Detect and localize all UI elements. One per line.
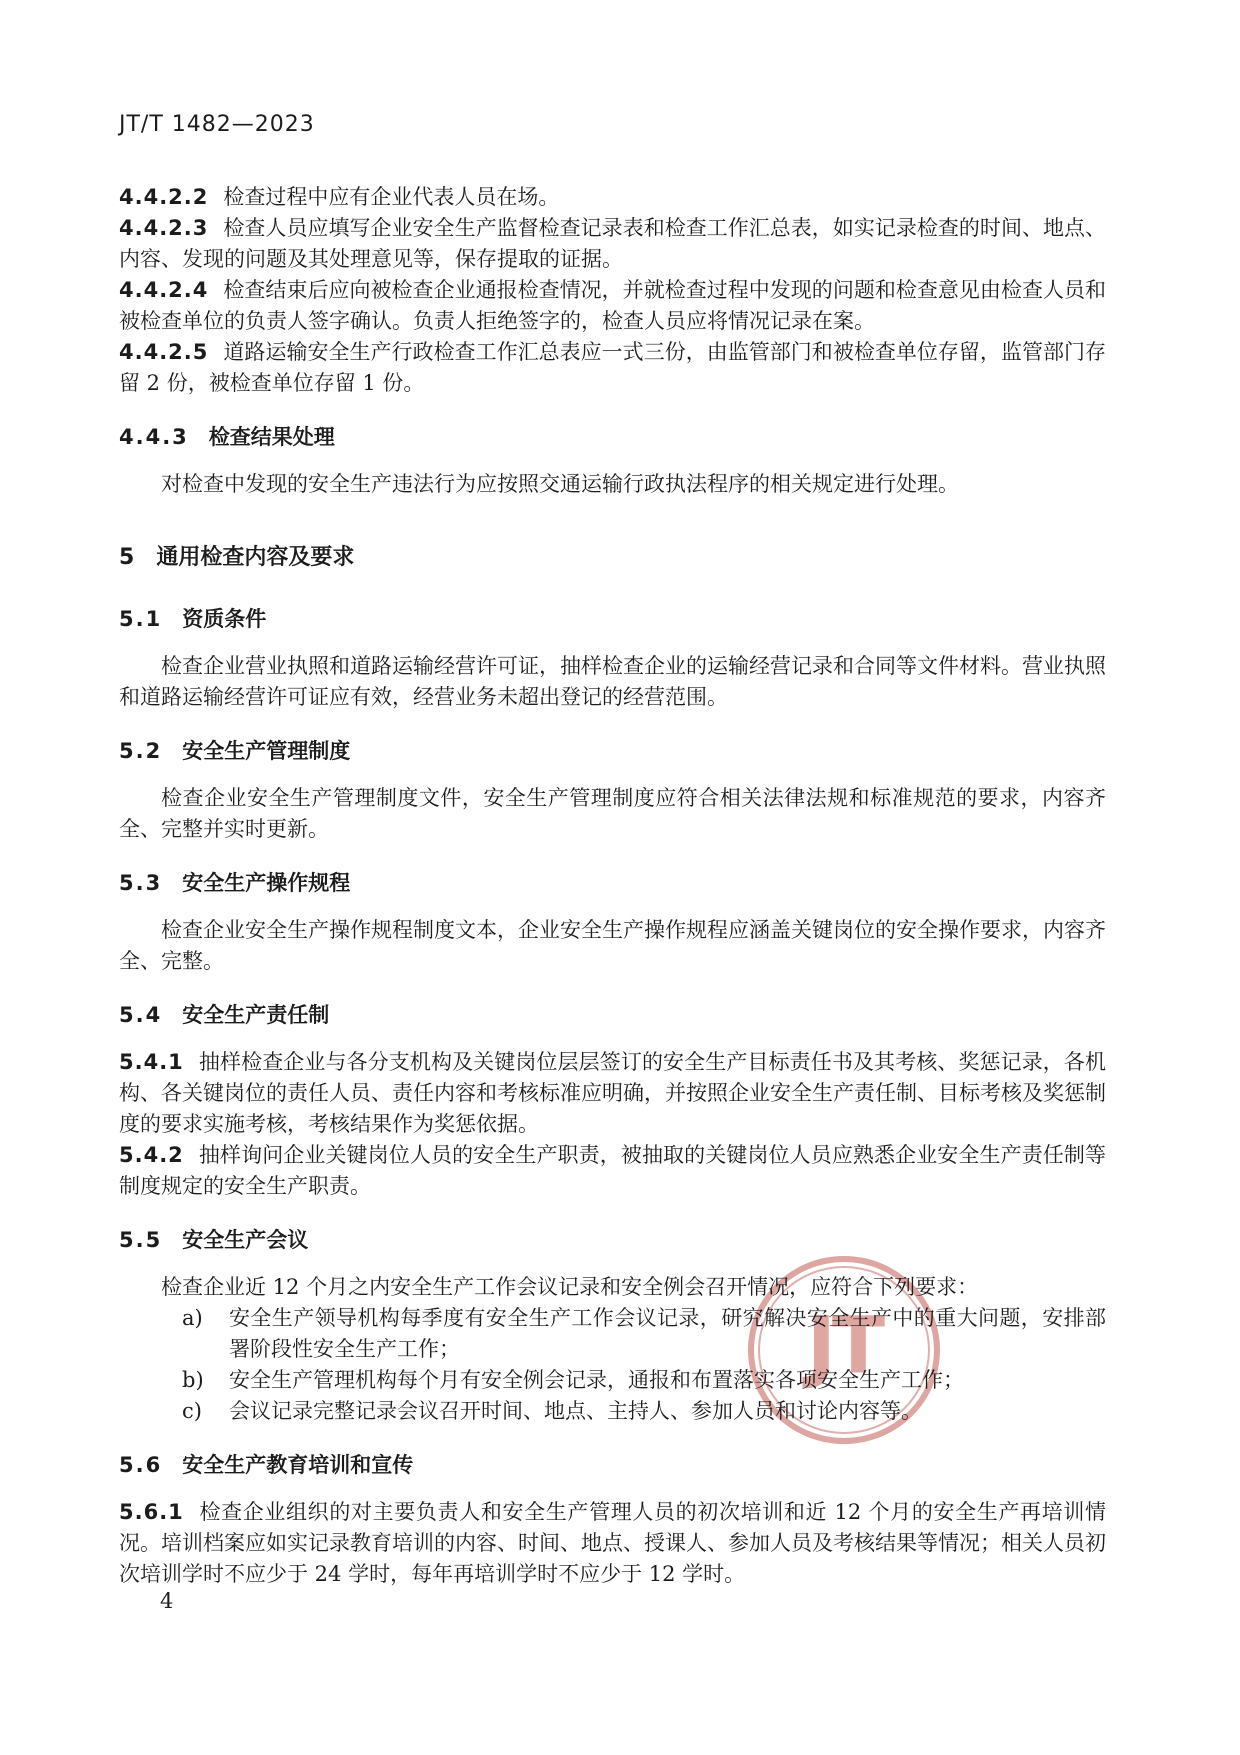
heading-5-4: 5.4安全生产责任制	[119, 1002, 1106, 1028]
heading-number: 5.4	[119, 1003, 162, 1027]
heading-title: 通用检查内容及要求	[156, 545, 354, 570]
paragraph-5-5-intro: 检查企业近 12 个月之内安全生产工作会议记录和安全例会召开情况，应符合下列要求…	[119, 1272, 1106, 1303]
clause-number: 5.6.1	[119, 1500, 184, 1524]
clause-5-4-1: 5.4.1抽样检查企业与各分支机构及关键岗位层层签订的安全生产目标责任书及其考核…	[119, 1047, 1106, 1140]
heading-number: 5.3	[119, 871, 162, 895]
heading-number: 5	[119, 545, 136, 570]
list-item-b: b) 安全生产管理机构每个月有安全例会记录，通报和布置落实各项安全生产工作；	[119, 1365, 1106, 1396]
heading-title: 安全生产教育培训和宣传	[182, 1453, 413, 1477]
standard-number-header: JT/T 1482—2023	[119, 112, 1106, 138]
clause-4-4-2-3: 4.4.2.3检查人员应填写企业安全生产监督检查记录表和检查工作汇总表，如实记录…	[119, 213, 1106, 275]
clause-text: 检查过程中应有企业代表人员在场。	[223, 185, 559, 209]
clause-text: 抽样检查企业与各分支机构及关键岗位层层签订的安全生产目标责任书及其考核、奖惩记录…	[119, 1050, 1106, 1136]
heading-title: 安全生产管理制度	[182, 739, 350, 763]
clause-4-4-2-5: 4.4.2.5道路运输安全生产行政检查工作汇总表应一式三份，由监管部门和被检查单…	[119, 337, 1106, 399]
document-page: JT JT/T 1482—2023 4.4.2.2检查过程中应有企业代表人员在场…	[0, 0, 1240, 1755]
heading-number: 5.6	[119, 1453, 162, 1477]
heading-number: 4.4.3	[119, 425, 189, 449]
page-number: 4	[160, 1586, 173, 1617]
clause-number: 4.4.2.4	[119, 278, 208, 302]
heading-number: 5.2	[119, 739, 162, 763]
clause-number: 4.4.2.5	[119, 340, 208, 364]
heading-title: 资质条件	[182, 607, 266, 631]
clause-number: 5.4.2	[119, 1143, 184, 1167]
list-item-c: c) 会议记录完整记录会议召开时间、地点、主持人、参加人员和讨论内容等。	[119, 1396, 1106, 1427]
list-item-text: 安全生产领导机构每季度有安全生产工作会议记录，研究解决安全生产中的重大问题，安排…	[229, 1303, 1106, 1365]
clause-text: 检查人员应填写企业安全生产监督检查记录表和检查工作汇总表，如实记录检查的时间、地…	[119, 216, 1106, 271]
heading-number: 5.1	[119, 607, 162, 631]
clause-5-6-1: 5.6.1检查企业组织的对主要负责人和安全生产管理人员的初次培训和近 12 个月…	[119, 1497, 1106, 1590]
list-item-text: 安全生产管理机构每个月有安全例会记录，通报和布置落实各项安全生产工作；	[229, 1365, 1106, 1396]
list-marker: c)	[119, 1396, 229, 1427]
list-marker: b)	[119, 1365, 229, 1396]
clause-text: 检查企业组织的对主要负责人和安全生产管理人员的初次培训和近 12 个月的安全生产…	[119, 1500, 1106, 1586]
heading-5-2: 5.2安全生产管理制度	[119, 738, 1106, 764]
clause-text: 检查结束后应向被检查企业通报检查情况，并就检查过程中发现的问题和检查意见由检查人…	[119, 278, 1106, 333]
list-marker: a)	[119, 1303, 229, 1365]
heading-4-4-3: 4.4.3检查结果处理	[119, 424, 1106, 450]
clause-4-4-2-4: 4.4.2.4检查结束后应向被检查企业通报检查情况，并就检查过程中发现的问题和检…	[119, 275, 1106, 337]
clause-4-4-2-2: 4.4.2.2检查过程中应有企业代表人员在场。	[119, 182, 1106, 213]
clause-text: 道路运输安全生产行政检查工作汇总表应一式三份，由监管部门和被检查单位存留，监管部…	[119, 340, 1106, 395]
heading-5-3: 5.3安全生产操作规程	[119, 870, 1106, 896]
paragraph-5-3: 检查企业安全生产操作规程制度文本，企业安全生产操作规程应涵盖关键岗位的安全操作要…	[119, 915, 1106, 977]
clause-number: 4.4.2.2	[119, 185, 208, 209]
document-body: JT/T 1482—2023 4.4.2.2检查过程中应有企业代表人员在场。 4…	[119, 112, 1106, 1590]
heading-5-1: 5.1资质条件	[119, 606, 1106, 632]
heading-title: 安全生产会议	[182, 1228, 308, 1252]
list-item-a: a) 安全生产领导机构每季度有安全生产工作会议记录，研究解决安全生产中的重大问题…	[119, 1303, 1106, 1365]
paragraph-5-2: 检查企业安全生产管理制度文件，安全生产管理制度应符合相关法律法规和标准规范的要求…	[119, 783, 1106, 845]
clause-text: 抽样询问企业关键岗位人员的安全生产职责，被抽取的关键岗位人员应熟悉企业安全生产责…	[119, 1143, 1106, 1198]
heading-5-6: 5.6安全生产教育培训和宣传	[119, 1452, 1106, 1478]
paragraph-5-1: 检查企业营业执照和道路运输经营许可证，抽样检查企业的运输经营记录和合同等文件材料…	[119, 651, 1106, 713]
heading-number: 5.5	[119, 1228, 162, 1252]
heading-title: 安全生产操作规程	[182, 871, 350, 895]
heading-5: 5通用检查内容及要求	[119, 544, 1106, 572]
heading-title: 安全生产责任制	[182, 1003, 329, 1027]
clause-5-4-2: 5.4.2抽样询问企业关键岗位人员的安全生产职责，被抽取的关键岗位人员应熟悉企业…	[119, 1140, 1106, 1202]
list-item-text: 会议记录完整记录会议召开时间、地点、主持人、参加人员和讨论内容等。	[229, 1396, 1106, 1427]
heading-title: 检查结果处理	[209, 425, 335, 449]
clause-number: 5.4.1	[119, 1050, 184, 1074]
ordered-list-5-5: a) 安全生产领导机构每季度有安全生产工作会议记录，研究解决安全生产中的重大问题…	[119, 1303, 1106, 1427]
paragraph-4-4-3: 对检查中发现的安全生产违法行为应按照交通运输行政执法程序的相关规定进行处理。	[119, 469, 1106, 500]
clause-number: 4.4.2.3	[119, 216, 208, 240]
heading-5-5: 5.5安全生产会议	[119, 1227, 1106, 1253]
